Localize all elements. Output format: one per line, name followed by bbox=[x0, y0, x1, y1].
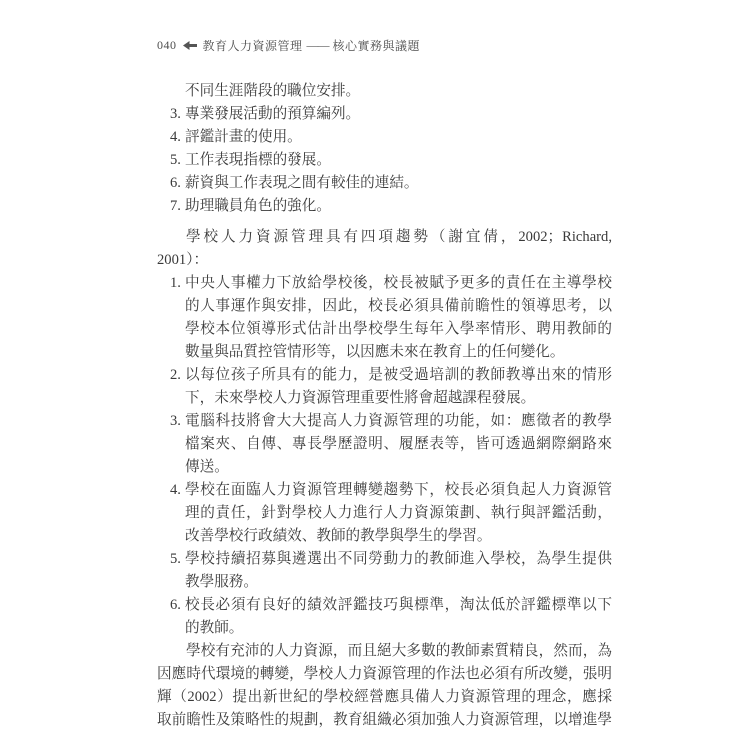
item-number: 7. bbox=[170, 195, 181, 218]
list-item: 4.學校在面臨人力資源管理轉變趨勢下，校長必須負起人力資源管理的責任，針對學校人… bbox=[185, 479, 612, 548]
list-item: 6.薪資與工作表現之間有較佳的連結。 bbox=[185, 172, 612, 195]
list-item: 3.電腦科技將會大大提高人力資源管理的功能，如：應徵者的教學檔案夾、自傳、專長學… bbox=[185, 410, 612, 479]
text-line: 教學服務。 bbox=[185, 571, 612, 594]
item-number: 5. bbox=[170, 548, 181, 571]
text-line: 4.評鑑計畫的使用。 bbox=[185, 126, 612, 149]
text-line: 的人事運作與安排，因此，校長必須具備前瞻性的領導思考，以 bbox=[185, 295, 612, 318]
text-line-content: 工作表現指標的發展。 bbox=[185, 152, 331, 168]
item-number: 4. bbox=[170, 479, 181, 502]
book-title: 教育人力資源管理 bbox=[203, 37, 303, 54]
page-number: 040 bbox=[157, 38, 177, 53]
text-line-content: 校長必須有良好的績效評鑑技巧與標準，淘汰低於評鑑標準以下 bbox=[185, 597, 612, 613]
list-item: 4.評鑑計畫的使用。 bbox=[185, 126, 612, 149]
list-item: 7.助理職員角色的強化。 bbox=[185, 195, 612, 218]
left-arrow-icon bbox=[183, 41, 197, 50]
text-line: 傳送。 bbox=[185, 456, 612, 479]
item-number: 5. bbox=[170, 149, 181, 172]
list-item: 5.工作表現指標的發展。 bbox=[185, 149, 612, 172]
text-line: 學校有充沛的人力資源，而且絕大多數的教師素質精良，然而，為 bbox=[157, 640, 612, 663]
book-page: 040 教育人力資源管理 —— 核心實務與議題 不同生涯階段的職位安排。3.專業… bbox=[0, 0, 750, 750]
text-line: 7.助理職員角色的強化。 bbox=[185, 195, 612, 218]
text-line-content: 薪資與工作表現之間有較佳的連結。 bbox=[185, 175, 419, 191]
numbered-list: 3.專業發展活動的預算編列。4.評鑑計畫的使用。5.工作表現指標的發展。6.薪資… bbox=[157, 103, 612, 218]
text-line-content: 學校人力資源管理具有四項趨勢（謝宜倩，2002；Richard, bbox=[186, 229, 612, 245]
text-line-content: 教學服務。 bbox=[185, 574, 258, 590]
text-line-content: 因應時代環境的轉變，學校人力資源管理的作法也必須有所改變，張明 bbox=[157, 666, 612, 682]
text-line: 的教師。 bbox=[185, 617, 612, 640]
item-number: 6. bbox=[170, 594, 181, 617]
text-line-content: 專業發展活動的預算編列。 bbox=[185, 106, 360, 122]
page-body: 不同生涯階段的職位安排。3.專業發展活動的預算編列。4.評鑑計畫的使用。5.工作… bbox=[157, 80, 612, 732]
text-line-content: 改善學校行政績效、教師的教學與學生的學習。 bbox=[185, 528, 491, 544]
text-line: 輝（2002）提出新世紀的學校經營應具備人力資源管理的理念，應採 bbox=[157, 686, 612, 709]
item-number: 3. bbox=[170, 103, 181, 126]
text-line: 1.中央人事權力下放給學校後，校長被賦予更多的責任在主導學校 bbox=[185, 272, 612, 295]
text-line-content: 數量與品質控管情形等，以因應未來在教育上的任何變化。 bbox=[185, 344, 564, 360]
text-line: 6.校長必須有良好的績效評鑑技巧與標準，淘汰低於評鑑標準以下 bbox=[185, 594, 612, 617]
text-line: 檔案夾、自傳、專長學歷證明、履歷表等，皆可透過網際網路來 bbox=[185, 433, 612, 456]
text-line: 2.以每位孩子所具有的能力，是被受過培訓的教師教導出來的情形 bbox=[185, 364, 612, 387]
text-line-content: 不同生涯階段的職位安排。 bbox=[185, 83, 360, 99]
page-header: 040 教育人力資源管理 —— 核心實務與議題 bbox=[157, 37, 420, 54]
text-line-content: 理的責任，針對學校人力進行人力資源策劃、執行與評鑑活動， bbox=[185, 505, 612, 521]
text-line: 5.學校持續招募與遴選出不同勞動力的教師進入學校，為學生提供 bbox=[185, 548, 612, 571]
text-line-content: 中央人事權力下放給學校後，校長被賦予更多的責任在主導學校 bbox=[185, 275, 612, 291]
text-line: 不同生涯階段的職位安排。 bbox=[185, 80, 612, 103]
text-line: 6.薪資與工作表現之間有較佳的連結。 bbox=[185, 172, 612, 195]
title-separator: —— bbox=[307, 38, 329, 53]
text-line: 5.工作表現指標的發展。 bbox=[185, 149, 612, 172]
item-number: 6. bbox=[170, 172, 181, 195]
item-number: 2. bbox=[170, 364, 181, 387]
text-line: 改善學校行政績效、教師的教學與學生的學習。 bbox=[185, 525, 612, 548]
text-line: 學校本位領導形式估計出學校學生每年入學率情形、聘用教師的 bbox=[185, 318, 612, 341]
text-line-content: 傳送。 bbox=[185, 459, 229, 475]
text-line-content: 的教師。 bbox=[185, 620, 243, 636]
text-line-content: 評鑑計畫的使用。 bbox=[185, 129, 302, 145]
list-item: 2.以每位孩子所具有的能力，是被受過培訓的教師教導出來的情形下，未來學校人力資源… bbox=[185, 364, 612, 410]
text-line: 3.專業發展活動的預算編列。 bbox=[185, 103, 612, 126]
text-line-content: 2001）： bbox=[157, 252, 208, 268]
text-line: 學校人力資源管理具有四項趨勢（謝宜倩，2002；Richard, bbox=[157, 226, 612, 249]
text-line: 數量與品質控管情形等，以因應未來在教育上的任何變化。 bbox=[185, 341, 612, 364]
paragraph: 學校有充沛的人力資源，而且絕大多數的教師素質精良，然而，為因應時代環境的轉變，學… bbox=[157, 640, 612, 732]
text-line-content: 檔案夾、自傳、專長學歷證明、履歷表等，皆可透過網際網路來 bbox=[185, 436, 612, 452]
paragraph: 學校人力資源管理具有四項趨勢（謝宜倩，2002；Richard,2001）： bbox=[157, 226, 612, 272]
text-line: 因應時代環境的轉變，學校人力資源管理的作法也必須有所改變，張明 bbox=[157, 663, 612, 686]
text-line-content: 助理職員角色的強化。 bbox=[185, 198, 331, 214]
list-item: 3.專業發展活動的預算編列。 bbox=[185, 103, 612, 126]
text-line-content: 學校在面臨人力資源管理轉變趨勢下，校長必須負起人力資源管 bbox=[185, 482, 612, 498]
text-line: 理的責任，針對學校人力進行人力資源策劃、執行與評鑑活動， bbox=[185, 502, 612, 525]
text-line: 下，未來學校人力資源管理重要性將會超越課程發展。 bbox=[185, 387, 612, 410]
text-line-content: 學校本位領導形式估計出學校學生每年入學率情形、聘用教師的 bbox=[185, 321, 612, 337]
text-line-content: 輝（2002）提出新世紀的學校經營應具備人力資源管理的理念，應採 bbox=[157, 689, 612, 705]
text-line: 4.學校在面臨人力資源管理轉變趨勢下，校長必須負起人力資源管 bbox=[185, 479, 612, 502]
item-number: 1. bbox=[170, 272, 181, 295]
list-item: 6.校長必須有良好的績效評鑑技巧與標準，淘汰低於評鑑標準以下的教師。 bbox=[185, 594, 612, 640]
text-line-content: 的人事運作與安排，因此，校長必須具備前瞻性的領導思考，以 bbox=[185, 298, 612, 314]
text-line: 3.電腦科技將會大大提高人力資源管理的功能，如：應徵者的教學 bbox=[185, 410, 612, 433]
item-number: 4. bbox=[170, 126, 181, 149]
numbered-list: 1.中央人事權力下放給學校後，校長被賦予更多的責任在主導學校的人事運作與安排，因… bbox=[157, 272, 612, 640]
text-line-content: 學校持續招募與遴選出不同勞動力的教師進入學校，為學生提供 bbox=[185, 551, 612, 567]
text-line-content: 取前瞻性及策略性的規劃，教育組織必須加強人力資源管理，以增進學 bbox=[157, 712, 612, 728]
text-line-content: 下，未來學校人力資源管理重要性將會超越課程發展。 bbox=[185, 390, 535, 406]
text-line-content: 以每位孩子所具有的能力，是被受過培訓的教師教導出來的情形 bbox=[185, 367, 612, 383]
item-number: 3. bbox=[170, 410, 181, 433]
text-line: 取前瞻性及策略性的規劃，教育組織必須加強人力資源管理，以增進學 bbox=[157, 709, 612, 732]
text-line-content: 學校有充沛的人力資源，而且絕大多數的教師素質精良，然而，為 bbox=[186, 643, 612, 659]
list-item: 1.中央人事權力下放給學校後，校長被賦予更多的責任在主導學校的人事運作與安排，因… bbox=[185, 272, 612, 364]
text-line-content: 電腦科技將會大大提高人力資源管理的功能，如：應徵者的教學 bbox=[185, 413, 612, 429]
list-item: 5.學校持續招募與遴選出不同勞動力的教師進入學校，為學生提供教學服務。 bbox=[185, 548, 612, 594]
chapter-title: 核心實務與議題 bbox=[333, 37, 421, 54]
text-line: 2001）： bbox=[157, 249, 612, 272]
continuation-line: 不同生涯階段的職位安排。 bbox=[157, 80, 612, 103]
